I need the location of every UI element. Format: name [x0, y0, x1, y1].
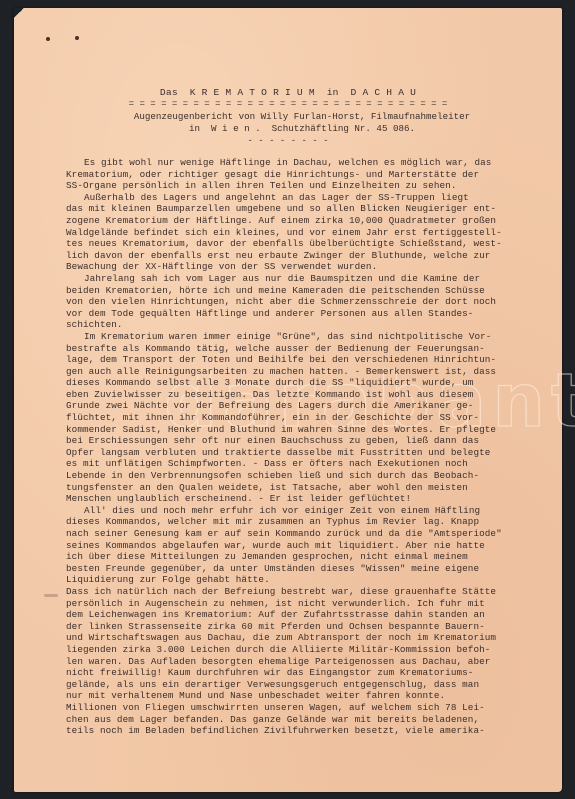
- byline-prisoner-number: in W i e n . Schutzhäftling Nr. 45 086.: [28, 123, 575, 134]
- text-line: Liquidierung zur Folge gehabt hätte.: [66, 574, 536, 586]
- text-line: das mit kleinen Baumparzellen umgebene u…: [66, 203, 536, 215]
- text-line: All' dies und noch mehr erfuhr ich vor e…: [66, 505, 536, 517]
- text-line: und Wirtschaftswagen aus Dachau, die zum…: [66, 632, 536, 644]
- text-line: liegenden zirka 3.000 Leichen durch die …: [66, 644, 536, 656]
- text-line: nicht freiwillig! Kaum durchfuhren wir d…: [66, 667, 536, 679]
- text-line: lich davon der ebenfalls erst neu erbaut…: [66, 250, 536, 262]
- text-line: schichten.: [66, 319, 536, 331]
- document-page: darabanth Das K R E M A T O R I U M in D…: [14, 8, 562, 792]
- text-line: flüchtet, mit ihnen ihr Kommandoführer, …: [66, 412, 536, 424]
- text-line: Krematorium, oder richtiger gesagt die H…: [66, 169, 536, 181]
- text-line: gen auch alle Reinigungsarbeiten zu mach…: [66, 366, 536, 378]
- text-line: Außerhalb des Lagers und angelehnt an da…: [66, 192, 536, 204]
- text-line: eben Zuvielwisser zu beseitigen. Das let…: [66, 389, 536, 401]
- text-line: besten Freunde gegenüber, da unter Umstä…: [66, 563, 536, 575]
- text-line: teils noch im Beladen befindlichen Zivil…: [66, 725, 536, 737]
- document-title: Das K R E M A T O R I U M in D A C H A U: [14, 87, 562, 98]
- text-line: kommender Sadist, Henker und Bluthund im…: [66, 424, 536, 436]
- text-line: Im Krematorium waren immer einige "Grüne…: [66, 331, 536, 343]
- text-line: tungsfenster an den Qualen weidete, ist …: [66, 482, 536, 494]
- text-line: nur mit verhaltenem Mund und Nase unbesc…: [66, 690, 536, 702]
- text-line: Es gibt wohl nur wenige Häftlinge in Dac…: [66, 157, 536, 169]
- margin-pencil-mark: [44, 594, 58, 597]
- text-line: beiden Krematorien, hörte ich und meine …: [66, 285, 536, 297]
- text-line: Waldgelände befindet sich ein kleines, u…: [66, 227, 536, 239]
- text-line: nach seiner Genesung kam er auf sein Kom…: [66, 528, 536, 540]
- text-line: seines Kommandos abgelaufen war, wurde a…: [66, 540, 536, 552]
- byline-author: Augenzeugenbericht von Willy Furlan-Hors…: [28, 111, 575, 122]
- text-line: ich über diese Mitteilungen zu Jemanden …: [66, 551, 536, 563]
- separator: - - - - - - - -: [14, 136, 562, 146]
- text-line: Opfer langsam verbluten und traktierte d…: [66, 447, 536, 459]
- ink-speck: [75, 36, 79, 40]
- text-line: von den vielen Hinrichtungen, nicht aber…: [66, 296, 536, 308]
- text-line: tes neues Krematorium, davor der ebenfal…: [66, 238, 536, 250]
- text-line: Lebende in den Verbrennungsofen schieben…: [66, 470, 536, 482]
- text-line: vor dem Tode gequälten Häftlinge und and…: [66, 308, 536, 320]
- text-line: Menschen unglaublich erscheinend. - Er i…: [66, 493, 536, 505]
- text-line: Jahrelang sah ich vom Lager aus nur die …: [66, 273, 536, 285]
- torn-corner: [14, 8, 24, 18]
- document-body: Es gibt wohl nur wenige Häftlinge in Dac…: [66, 157, 536, 737]
- text-line: bei Erschiessungen sehr oft nur einen Ba…: [66, 435, 536, 447]
- text-line: zogene Krematorium der Häftlinge. Auf ei…: [66, 215, 536, 227]
- title-underline: = = = = = = = = = = = = = = = = = = = = …: [14, 99, 562, 109]
- text-line: Dass ich natürlich nach der Befreiung be…: [66, 586, 536, 598]
- text-line: dem Leichenwagen ins Krematorium: Auf de…: [66, 609, 536, 621]
- text-line: der linken Strassenseite zirka 60 mit Pf…: [66, 621, 536, 633]
- text-line: persönlich in Augenschein zu nehmen, ist…: [66, 598, 536, 610]
- text-line: gelände, als uns ein derartiger Verwesun…: [66, 679, 536, 691]
- text-line: dieses Kommando selbst alle 3 Monate dur…: [66, 377, 536, 389]
- text-line: Grunde zwei Nächte vor der Befreiung des…: [66, 400, 536, 412]
- text-line: SS-Organe persönlich in allen ihren Teil…: [66, 180, 536, 192]
- text-line: Millionen von Fliegen umschwirrten unser…: [66, 702, 536, 714]
- text-line: chen aus dem Lager befanden. Das ganze G…: [66, 714, 536, 726]
- text-line: Bewachung der XX-Häftlinge von der SS ve…: [66, 261, 536, 273]
- text-line: dieses Kommandos, welcher mit mir zusamm…: [66, 516, 536, 528]
- ink-speck: [46, 37, 50, 41]
- text-line: bestrafte als Kommando tätig, welche aus…: [66, 343, 536, 355]
- text-line: es mit unflätigen Schimpfworten. - Dass …: [66, 458, 536, 470]
- text-line: lage, dem Transport der Toten und Beihil…: [66, 354, 536, 366]
- text-line: len waren. Das Aufladen besorgten ehemal…: [66, 656, 536, 668]
